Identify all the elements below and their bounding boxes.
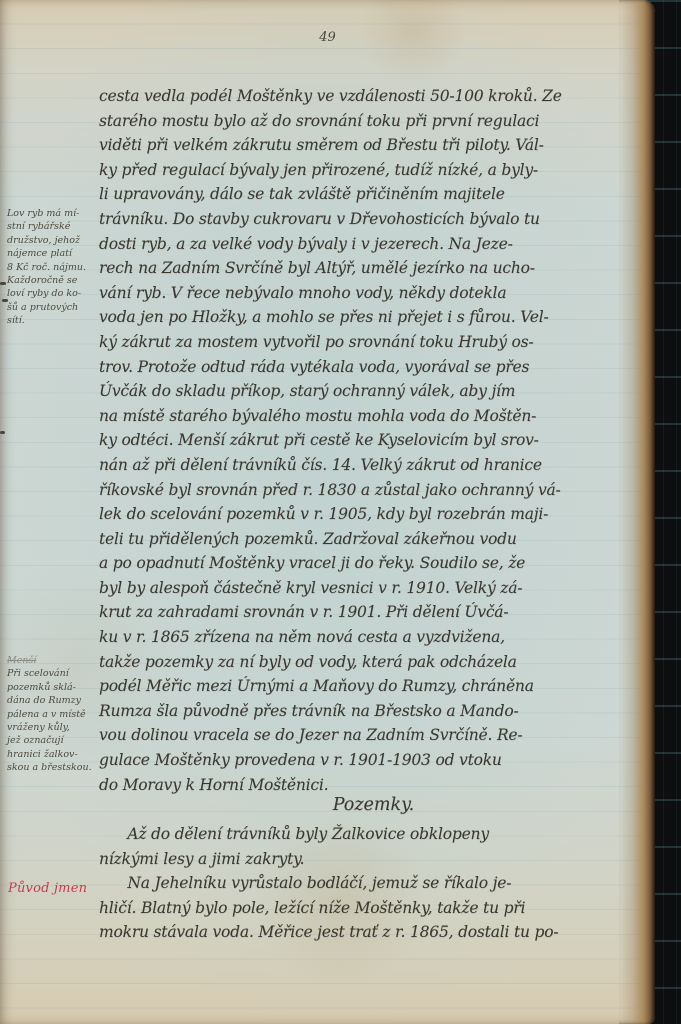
text-line: mokru stávala voda. Měřice jest trať z r…	[99, 920, 648, 945]
text-line: ku v r. 1865 zřízena na něm nová cesta a…	[99, 625, 648, 650]
margin-note-fishing: Lov ryb má mí-stní rybářskédružstvo, jeh…	[7, 207, 99, 328]
margin-note-boundary-lines: Při scelovánípozemků sklá-dána do Rumzyp…	[7, 667, 99, 774]
chronicle-page: 49 cesta vedla podél Moštěnky ve vzdálen…	[0, 0, 655, 1024]
margin-label-origin: Původ jmen	[8, 881, 87, 896]
text-line: viděti při velkém zákrutu směrem od Břes…	[99, 133, 648, 158]
text-line: Úvčák do skladu příkop, starý ochranný v…	[99, 379, 648, 404]
text-line: pálena a v místě	[7, 708, 99, 721]
text-line: rech na Zadním Svrčíně byl Altýř, umělé …	[99, 256, 648, 281]
text-line: trávníku. Do stavby cukrovaru v Dřevohos…	[99, 207, 648, 232]
text-line: loví ryby do ko-	[7, 287, 99, 300]
text-line: trov. Protože odtud ráda vytékala voda, …	[99, 355, 648, 380]
text-line: cesta vedla podél Moštěnky ve vzdálenost…	[99, 84, 648, 109]
text-line: a po opadnutí Moštěnky vracel ji do řeky…	[99, 551, 648, 576]
text-line: na místě starého bývalého mostu mohla vo…	[99, 404, 648, 429]
text-line: byl by alespoň částečně kryl vesnici v r…	[99, 576, 648, 601]
main-text-block: cesta vedla podél Moštěnky ve vzdálenost…	[99, 84, 648, 797]
text-line: Při scelování	[7, 667, 99, 680]
text-line: šů a prutových	[7, 301, 99, 314]
text-line: ký zákrut za mostem vytvořil po srovnání…	[99, 330, 648, 355]
text-line: li upravovány, dálo se tak zvláště přiči…	[99, 182, 648, 207]
page-number: 49	[0, 30, 655, 45]
text-line: nájemce platí	[7, 247, 99, 260]
text-line: skou a břestskou.	[7, 761, 99, 774]
binding-stitch	[0, 431, 5, 434]
text-line: hranici žalkov-	[7, 748, 99, 761]
text-line: sítí.	[7, 314, 99, 327]
text-line: nízkými lesy a jimi zakryty.	[99, 847, 648, 872]
margin-note-boundary: Menší Při scelovánípozemků sklá-dána do …	[7, 654, 99, 775]
text-line: ky před regulací bývaly jen přirozené, t…	[99, 158, 648, 183]
text-line: hličí. Blatný bylo pole, ležící níže Moš…	[99, 896, 648, 921]
text-line: nán až při dělení trávníků čís. 14. Velk…	[99, 453, 648, 478]
text-line: Lov ryb má mí-	[7, 207, 99, 220]
text-line: dosti ryb, a za velké vody bývaly i v je…	[99, 232, 648, 257]
binding-stitch	[0, 282, 6, 285]
text-line: ky odtéci. Menší zákrut při cestě ke Kys…	[99, 428, 648, 453]
text-line: Až do dělení trávníků byly Žalkovice obk…	[99, 822, 648, 847]
text-line: Rumza šla původně přes trávník na Břests…	[99, 699, 648, 724]
crossed-out-word: Menší	[7, 654, 99, 667]
text-line: krut za zahradami srovnán v r. 1901. Při…	[99, 600, 648, 625]
text-line: vání ryb. V řece nebývalo mnoho vody, ně…	[99, 281, 648, 306]
text-line: teli tu přidělených pozemků. Zadržoval z…	[99, 527, 648, 552]
text-line: stní rybářské	[7, 220, 99, 233]
text-line: 8 Kč roč. nájmu.	[7, 261, 99, 274]
text-line: pozemků sklá-	[7, 681, 99, 694]
text-line: vou dolinou vracela se do Jezer na Zadní…	[99, 723, 648, 748]
text-line: voda jen po Hložky, a mohlo se přes ni p…	[99, 305, 648, 330]
closing-text-block: Až do dělení trávníků byly Žalkovice obk…	[99, 822, 648, 945]
text-line: dána do Rumzy	[7, 694, 99, 707]
photo-scene: 49 cesta vedla podél Moštěnky ve vzdálen…	[0, 0, 681, 1024]
text-line: vráženy kůly,	[7, 721, 99, 734]
text-line: lek do scelování pozemků v r. 1905, kdy …	[99, 502, 648, 527]
text-line: Na Jehelníku vyrůstalo bodláčí, jemuž se…	[99, 871, 648, 896]
text-line: podél Měřic mezi Úrnými a Maňovy do Rumz…	[99, 674, 648, 699]
text-line: takže pozemky za ní byly od vody, která …	[99, 650, 648, 675]
text-line: do Moravy k Horní Moštěnici.	[99, 773, 648, 798]
text-line: jež označují	[7, 734, 99, 747]
text-line: říkovské byl srovnán před r. 1830 a zůst…	[99, 478, 648, 503]
text-line: gulace Moštěnky provedena v r. 1901-1903…	[99, 748, 648, 773]
text-line: starého mostu bylo až do srovnání toku p…	[99, 109, 648, 134]
text-line: družstvo, jehož	[7, 234, 99, 247]
section-heading: Pozemky.	[99, 795, 648, 815]
text-line: Každoročně se	[7, 274, 99, 287]
